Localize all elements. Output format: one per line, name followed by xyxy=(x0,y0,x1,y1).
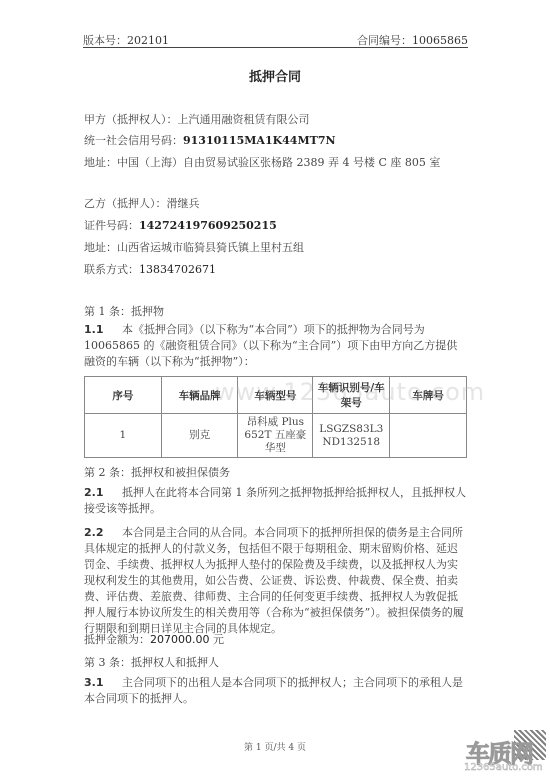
mortgage-amount: 抵押金额为：207000.00 元 xyxy=(84,631,224,647)
clause-text: 本合同是主合同的从合同。本合同项下的抵押所担保的债务是主合同所具体规定的抵押人的… xyxy=(84,526,464,635)
clause-text: 抵押人在此将本合同第 1 条所列之抵押物抵押给抵押权人，且抵押权人接受该等抵押。 xyxy=(84,486,466,515)
credit-code-label: 统一社会信用号码： xyxy=(84,134,183,147)
party-b-contact: 联系方式：13834702671 xyxy=(84,261,216,277)
article-2-2: 2.2本合同是主合同的从合同。本合同项下的抵押所担保的债务是主合同所具体规定的抵… xyxy=(84,525,468,637)
col-header-vin: 车辆识别号/车架号 xyxy=(313,377,390,414)
vehicle-table: 序号 车辆品牌 车辆型号 车辆识别号/车架号 车牌号 1 别克 昂科威 Plus… xyxy=(84,376,467,458)
page-header: 版本号：202101 合同编号：10065865 xyxy=(83,30,468,48)
col-header-brand: 车辆品牌 xyxy=(161,377,238,414)
contract-number-value: 10065865 xyxy=(412,34,468,47)
article-1-heading: 第 1 条：抵押物 xyxy=(84,303,164,319)
party-a-address: 地址：中国（上海）自由贸易试验区张杨路 2389 弄 4 号楼 C 座 805 … xyxy=(84,154,440,170)
party-a-line: 甲方（抵押权人）：上汽通用融资租赁有限公司 xyxy=(84,111,310,127)
clause-number: 2.2 xyxy=(84,525,122,541)
clause-text: 本《抵押合同》（以下称为“本合同”）项下的抵押物为合同号为 10065865 的… xyxy=(84,323,457,368)
article-3-heading: 第 3 条：抵押权人和抵押人 xyxy=(84,654,219,670)
clause-number: 3.1 xyxy=(84,675,122,691)
version-value: 202101 xyxy=(127,34,169,47)
table-row: 1 别克 昂科威 Plus 652T 五座豪华型 LSGZS83L3 ND132… xyxy=(85,414,467,458)
contact-value: 13834702671 xyxy=(139,263,216,276)
clause-number: 2.1 xyxy=(84,485,122,501)
document-page: 版本号：202101 合同编号：10065865 抵押合同 甲方（抵押权人）：上… xyxy=(0,0,550,777)
clause-text: 主合同项下的出租人是本合同项下的抵押权人；主合同项下的承租人是本合同项下的抵押人… xyxy=(84,676,463,705)
party-a-credit-code: 统一社会信用号码：91310115MA1K44MT7N xyxy=(84,132,336,148)
cell-brand: 别克 xyxy=(161,414,238,458)
address-value: 山西省运城市临猗县猗氏镇上里村五组 xyxy=(117,241,304,254)
address-label: 地址： xyxy=(84,156,117,169)
article-2-1: 2.1抵押人在此将本合同第 1 条所列之抵押物抵押给抵押权人，且抵押权人接受该等… xyxy=(84,485,468,517)
clause-number: 1.1 xyxy=(84,322,122,338)
cell-model: 昂科威 Plus 652T 五座豪华型 xyxy=(238,414,313,458)
article-3-1: 3.1主合同项下的出租人是本合同项下的抵押权人；主合同项下的承租人是本合同项下的… xyxy=(84,675,468,707)
address-value: 中国（上海）自由贸易试验区张杨路 2389 弄 4 号楼 C 座 805 室 xyxy=(117,156,440,169)
document-title: 抵押合同 xyxy=(0,66,550,85)
credit-code-value: 91310115MA1K44MT7N xyxy=(183,134,336,147)
party-a-name: 上汽通用融资租赁有限公司 xyxy=(178,113,310,126)
version-label: 版本号： xyxy=(83,34,127,47)
party-b-id: 证件号码：142724197609250215 xyxy=(84,217,277,233)
table-header-row: 序号 车辆品牌 车辆型号 车辆识别号/车架号 车牌号 xyxy=(85,377,467,414)
article-1-1: 1.1本《抵押合同》（以下称为“本合同”）项下的抵押物为合同号为 1006586… xyxy=(84,322,468,370)
party-b-line: 乙方（抵押人）：滑继兵 xyxy=(84,195,200,211)
party-b-name: 滑继兵 xyxy=(167,197,200,210)
cell-vin: LSGZS83L3 ND132518 xyxy=(313,414,390,458)
col-header-plate: 车牌号 xyxy=(390,377,467,414)
article-2-heading: 第 2 条：抵押权和被担保债务 xyxy=(84,464,230,480)
version-number: 版本号：202101 xyxy=(83,32,169,48)
amount-label: 抵押金额为： xyxy=(84,633,150,646)
logo-url: 12365auto.com xyxy=(464,762,543,773)
cell-index: 1 xyxy=(85,414,162,458)
amount-value: 207000.00 xyxy=(150,633,210,646)
cell-plate xyxy=(390,414,467,458)
party-a-label: 甲方（抵押权人）： xyxy=(84,113,178,126)
id-label: 证件号码： xyxy=(84,219,139,232)
address-label: 地址： xyxy=(84,241,117,254)
contract-number: 合同编号：10065865 xyxy=(357,32,468,48)
party-b-label: 乙方（抵押人）： xyxy=(84,197,167,210)
watermark-logo: 车质网 12365auto.com xyxy=(462,730,548,774)
col-header-index: 序号 xyxy=(85,377,162,414)
contract-number-label: 合同编号： xyxy=(357,34,412,47)
id-value: 142724197609250215 xyxy=(139,219,277,232)
contact-label: 联系方式： xyxy=(84,263,139,276)
party-b-address: 地址：山西省运城市临猗县猗氏镇上里村五组 xyxy=(84,239,304,255)
amount-unit: 元 xyxy=(210,633,225,646)
col-header-model: 车辆型号 xyxy=(238,377,313,414)
